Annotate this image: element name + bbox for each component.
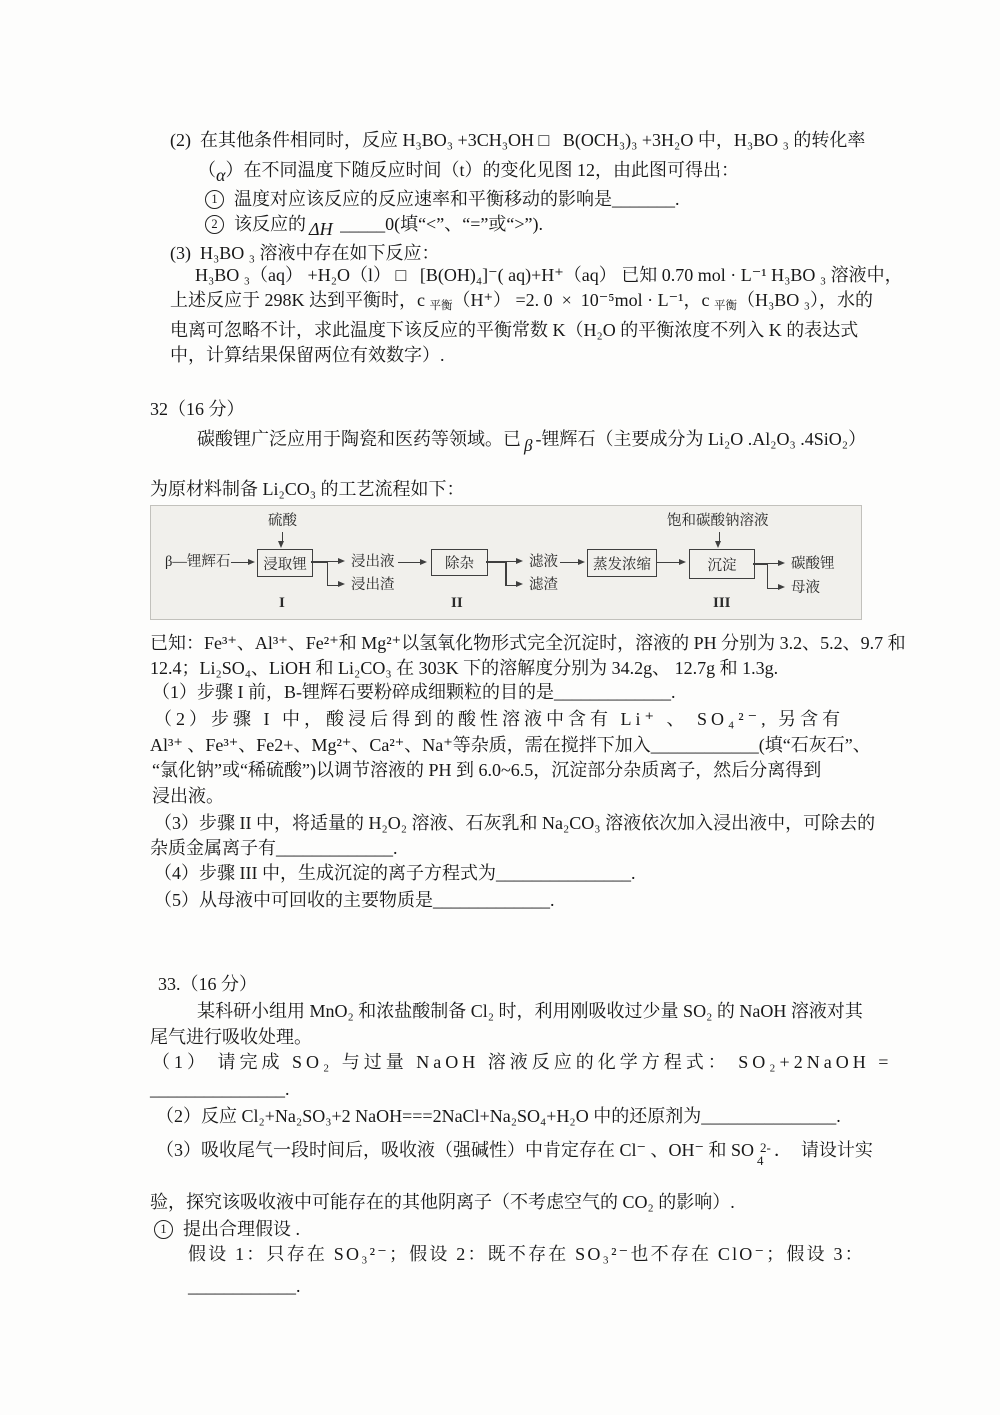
q33-item3-line1: （3）吸收尾气一段时间后，吸收液（强碱性）中肯定存在 Cl⁻ 、OH⁻ 和 SO…: [150, 1138, 866, 1167]
flow-filtrate: 滤液: [529, 554, 558, 570]
equilibrium-subscript-1: 平衡: [430, 300, 453, 312]
flow-box-precipitate: 沉淀: [689, 549, 755, 579]
q32-known2-text: 12.4；Li₂SO₄、LiOH 和 Li₂CO₃ 在 303K 下的溶解度分别…: [150, 658, 778, 678]
arrow-to-mother-liquor: [768, 588, 778, 589]
q31-p3-l3-text: 电离可忽略不计，求此温度下该反应的平衡常数 K（H₂O 的平衡浓度不列入 K 的…: [170, 320, 858, 340]
q31-p3-l2c: （H₃BO ₃），水的: [737, 290, 873, 310]
q32-item2-line3: “氯化钠”或“稀硫酸”)以调节溶液的 PH 到 6.0~6.5，沉淀部分杂质离子…: [150, 758, 866, 783]
q33-intro2-text: 尾气进行吸收处理。: [150, 1027, 312, 1047]
q33-intro-line2: 尾气进行吸收处理。: [150, 1025, 866, 1050]
q31-part2-text1: (2) 在其他条件相同时，反应 H₃BO₃ +3CH₃OH □ B(OCH₃)₃…: [170, 130, 865, 150]
equilibrium-subscript-2: 平衡: [714, 300, 737, 312]
flow-input-sat-sodium-carbonate: 饱和碳酸钠溶液: [667, 513, 769, 529]
arrow-feed-to-leach: [231, 562, 248, 563]
arrow-to-filter-residue: [507, 585, 516, 586]
q33-item2: （2）反应 Cl₂+Na₂SO₃+2 NaOH===2NaCl+Na₂SO₄+H…: [150, 1104, 866, 1129]
q32-intro-b: -锂辉石（主要成分为 Li₂O .Al₂O₃ .4SiO₂）: [535, 429, 866, 449]
q31-part2-line1: (2) 在其他条件相同时，反应 H₃BO₃ +3CH₃OH □ B(OCH₃)₃…: [150, 128, 866, 153]
q33-hypothesis-title: 1提出合理假设 .: [150, 1217, 866, 1242]
stage-label-3: III: [713, 595, 731, 612]
q32-item3-l1-text: （3）步骤 II 中，将适量的 H₂O₂ 溶液、石灰乳和 Na₂CO₃ 溶液依次…: [154, 813, 875, 833]
stage-label-2: II: [451, 595, 463, 612]
q33-hyp-title-text: 提出合理假设 .: [183, 1219, 300, 1239]
q32-item4-text: （4）步骤 III 中，生成沉淀的离子方程式为_______________.: [154, 863, 635, 883]
sulfate-subscript: 4: [757, 1155, 764, 1168]
q32-item1-text: （1）步骤 I 前，B-锂辉石要粉碎成细颗粒的目的是_____________.: [152, 682, 676, 702]
flow-box-evaporate-concentrate: 蒸发浓缩: [587, 549, 657, 577]
q31-part3-line3: 电离可忽略不计，求此温度下该反应的平衡常数 K（H₂O 的平衡浓度不列入 K 的…: [150, 318, 866, 343]
flow-input-sulfuric-acid: 硫酸: [268, 513, 297, 529]
flow-box-leach-lithium: 浸取锂: [257, 549, 313, 577]
q33-hypothesis-line1: 假设 1：只存在 SO₃²⁻；假设 2：既不存在 SO₃²⁻也不存在 ClO⁻；…: [150, 1242, 866, 1267]
branch-leach: [327, 561, 329, 586]
q32-known1-text: 已知：Fe³⁺、Al³⁺、Fe²⁺和 Mg²⁺以氢氧化物形式完全沉淀时，溶液的 …: [150, 633, 906, 653]
q32-item2-line4: 浸出液。: [150, 784, 866, 809]
page-content: (2) 在其他条件相同时，反应 H₃BO₃ +3CH₃OH □ B(OCH₃)₃…: [150, 0, 866, 1299]
circled-1-icon: 1: [205, 190, 224, 209]
q33-intro1-text: 某科研小组用 MnO₂ 和浓盐酸制备 Cl₂ 时，利用刚吸收过少量 SO₂ 的 …: [197, 1001, 863, 1021]
q32-item3-l2-text: 杂质金属离子有_____________.: [150, 838, 398, 858]
arrow-to-leach-residue: [328, 585, 338, 586]
q32-item2-l4-text: 浸出液。: [152, 786, 224, 806]
circled-1-icon-q33: 1: [154, 1220, 173, 1239]
q33-item1-l1-text: （1） 请完成 SO₂ 与过量 NaOH 溶液反应的化学方程式： SO₂+2Na…: [152, 1052, 892, 1072]
circled-2-icon: 2: [205, 215, 224, 234]
q31-part3-equation: H₃BO ₃（aq） +H₂O（l） □ [B(OH)₄]⁻( aq)+H⁺（a…: [150, 263, 866, 288]
arrow-to-filtrate: [507, 561, 516, 562]
q31-sub-item1-text: 温度对应该反应的反应速率和平衡移动的影响是_______.: [234, 189, 680, 209]
q33-item3-l2-text: 验，探究该吸收液中可能存在的其他阴离子（不考虑空气的 CO₂ 的影响）.: [150, 1192, 735, 1212]
flow-leach-residue: 浸出渣: [351, 577, 395, 593]
q31-part3-line4: 中，计算结果保留两位有效数字）.: [150, 343, 866, 368]
q33-intro-line1: 某科研小组用 MnO₂ 和浓盐酸制备 Cl₂ 时，利用刚吸收过少量 SO₂ 的 …: [150, 999, 866, 1024]
q31-part2-line2: （α）在不同温度下随反应时间（t）的变化见图 12，由此图可得出：: [150, 158, 866, 183]
flow-feed-spodumene: β—锂辉石: [165, 554, 230, 570]
q32-item1: （1）步骤 I 前，B-锂辉石要粉碎成细颗粒的目的是_____________.: [150, 680, 866, 705]
delta-h-symbol: ΔH: [309, 219, 333, 239]
exam-page: (2) 在其他条件相同时，反应 H₃BO₃ +3CH₃OH □ B(OCH₃)₃…: [0, 0, 1000, 1415]
arrow-evaporate-to-precipitate: [657, 562, 679, 563]
q33-item3-a-text: （3）吸收尾气一段时间后，吸收液（强碱性）中肯定存在 Cl⁻ 、OH⁻ 和 SO: [156, 1140, 754, 1160]
q32-intro-line2: 为原材料制备 Li₂CO₃ 的工艺流程如下：: [150, 477, 866, 502]
q31-sub-item2-rest: _____0(填“<”、“=”或“>”).: [336, 214, 543, 234]
q33-item2-text: （2）反应 Cl₂+Na₂SO₃+2 NaOH===2NaCl+Na₂SO₄+H…: [156, 1106, 841, 1126]
q31-part2-text2: ）在不同温度下随反应时间（t）的变化见图 12，由此图可得出：: [225, 160, 739, 180]
q33-heading: 33.（16 分）: [150, 972, 866, 997]
branch-precipitate: [767, 563, 769, 589]
q31-sub-item2-pre: 该反应的: [234, 214, 306, 234]
q32-item2-l2-text: Al³⁺ 、Fe³⁺、Fe2+、Mg²⁺、Ca²⁺、Na⁺等杂质，需在搅拌下加入…: [150, 735, 871, 755]
flow-mother-liquor: 母液: [791, 580, 820, 596]
q33-heading-text: 33.（16 分）: [158, 974, 257, 994]
q33-item3-line2: 验，探究该吸收液中可能存在的其他阴离子（不考虑空气的 CO₂ 的影响）.: [150, 1190, 866, 1215]
arrow-leachate-to-purify: [398, 562, 420, 563]
arrow-down-sulfuric: [282, 532, 283, 541]
flow-filter-residue: 滤渣: [529, 577, 558, 593]
stage-label-1: I: [279, 595, 285, 612]
beta-symbol: β: [524, 436, 532, 455]
arrow-filtrate-to-evaporate: [560, 562, 578, 563]
branch-purify: [505, 561, 507, 586]
q33-item3-b-text: ． 请设计实: [774, 1140, 873, 1160]
q33-hyp3-blank: ____________.: [188, 1276, 301, 1296]
q32-heading: 32（16 分）: [150, 397, 866, 422]
q32-intro-line1: 碳酸锂广泛应用于陶瓷和医药等领域。已β-锂辉石（主要成分为 Li₂O .Al₂O…: [150, 427, 866, 453]
q32-item4: （4）步骤 III 中，生成沉淀的离子方程式为_______________.: [150, 861, 866, 886]
q32-known-line1: 已知：Fe³⁺、Al³⁺、Fe²⁺和 Mg²⁺以氢氧化物形式完全沉淀时，溶液的 …: [150, 631, 866, 656]
q32-item3-line1: （3）步骤 II 中，将适量的 H₂O₂ 溶液、石灰乳和 Na₂CO₃ 溶液依次…: [150, 811, 866, 836]
flow-leachate: 浸出液: [351, 554, 395, 570]
flow-lithium-carbonate: 碳酸锂: [791, 556, 835, 572]
process-flowchart: 硫酸 β—锂辉石 浸取锂 浸出液 浸出渣 除杂 滤液 滤渣 蒸发浓缩 饱和碳酸钠…: [150, 505, 862, 620]
q33-item1-blank: _______________.: [150, 1079, 290, 1099]
q32-item5: （5）从母液中可回收的主要物质是_____________.: [150, 888, 866, 913]
flow-box-remove-impurities: 除杂: [431, 549, 488, 576]
q31-p3-l2b: （H⁺） =2. 0 × 10⁻⁵mol · L⁻¹，c: [453, 290, 714, 310]
q32-item3-line2: 杂质金属离子有_____________.: [150, 836, 866, 861]
q33-item1-line2: _______________.: [150, 1077, 866, 1102]
q31-part3-line2: 上述反应于 298K 达到平衡时，c 平衡（H⁺） =2. 0 × 10⁻⁵mo…: [150, 288, 866, 319]
q32-item2-line1: （2）步骤 I 中，酸浸后得到的酸性溶液中含有 Li⁺ 、 SO₄²⁻, 另含有: [150, 707, 866, 732]
q31-p3-l4-text: 中，计算结果保留两位有效数字）.: [170, 345, 445, 365]
q32-item2-line2: Al³⁺ 、Fe³⁺、Fe2+、Mg²⁺、Ca²⁺、Na⁺等杂质，需在搅拌下加入…: [150, 733, 866, 758]
alpha-symbol: α: [216, 165, 225, 185]
arrow-down-carbonate: [719, 532, 720, 541]
q31-equation-text: H₃BO ₃（aq） +H₂O（l） □ [B(OH)₄]⁻( aq)+H⁺（a…: [195, 265, 903, 285]
q32-item2-l1-text: （2）步骤 I 中，酸浸后得到的酸性溶液中含有 Li⁺ 、 SO₄²⁻, 另含有: [154, 709, 844, 729]
q31-part3-title-text: (3) H₃BO ₃ 溶液中存在如下反应：: [170, 243, 440, 263]
sulfate-ion-stack: 2-4: [757, 1142, 771, 1167]
arrow-to-lithium-carbonate: [768, 563, 778, 564]
q33-hypothesis-line2: ____________.: [150, 1274, 866, 1299]
q32-intro-a: 碳酸锂广泛应用于陶瓷和医药等领域。已: [197, 429, 521, 449]
q31-p3-l2a: 上述反应于 298K 达到平衡时，c: [170, 290, 430, 310]
q32-item2-l3-text: “氯化钠”或“稀硫酸”)以调节溶液的 PH 到 6.0~6.5，沉淀部分杂质离子…: [152, 760, 821, 780]
connector-purify: [486, 561, 506, 563]
q33-item1-line1: （1） 请完成 SO₂ 与过量 NaOH 溶液反应的化学方程式： SO₂+2Na…: [150, 1050, 866, 1075]
q33-hyp1-text: 假设 1：只存在 SO₃²⁻；假设 2：既不存在 SO₃²⁻也不存在 ClO⁻；…: [188, 1244, 865, 1264]
q32-known-line2: 12.4；Li₂SO₄、LiOH 和 Li₂CO₃ 在 303K 下的溶解度分别…: [150, 656, 866, 681]
q32-item5-text: （5）从母液中可回收的主要物质是_____________.: [154, 890, 555, 910]
q32-heading-text: 32（16 分）: [150, 399, 245, 419]
paren-open: （: [198, 160, 216, 180]
q31-sub-item1: 1温度对应该反应的反应速率和平衡移动的影响是_______.: [150, 187, 866, 212]
q31-sub-item2: 2该反应的ΔH _____0(填“<”、“=”或“>”).: [150, 212, 866, 237]
arrow-to-leachate: [328, 561, 338, 562]
q32-intro2-text: 为原材料制备 Li₂CO₃ 的工艺流程如下：: [150, 479, 465, 499]
connector-leach: [311, 561, 328, 563]
